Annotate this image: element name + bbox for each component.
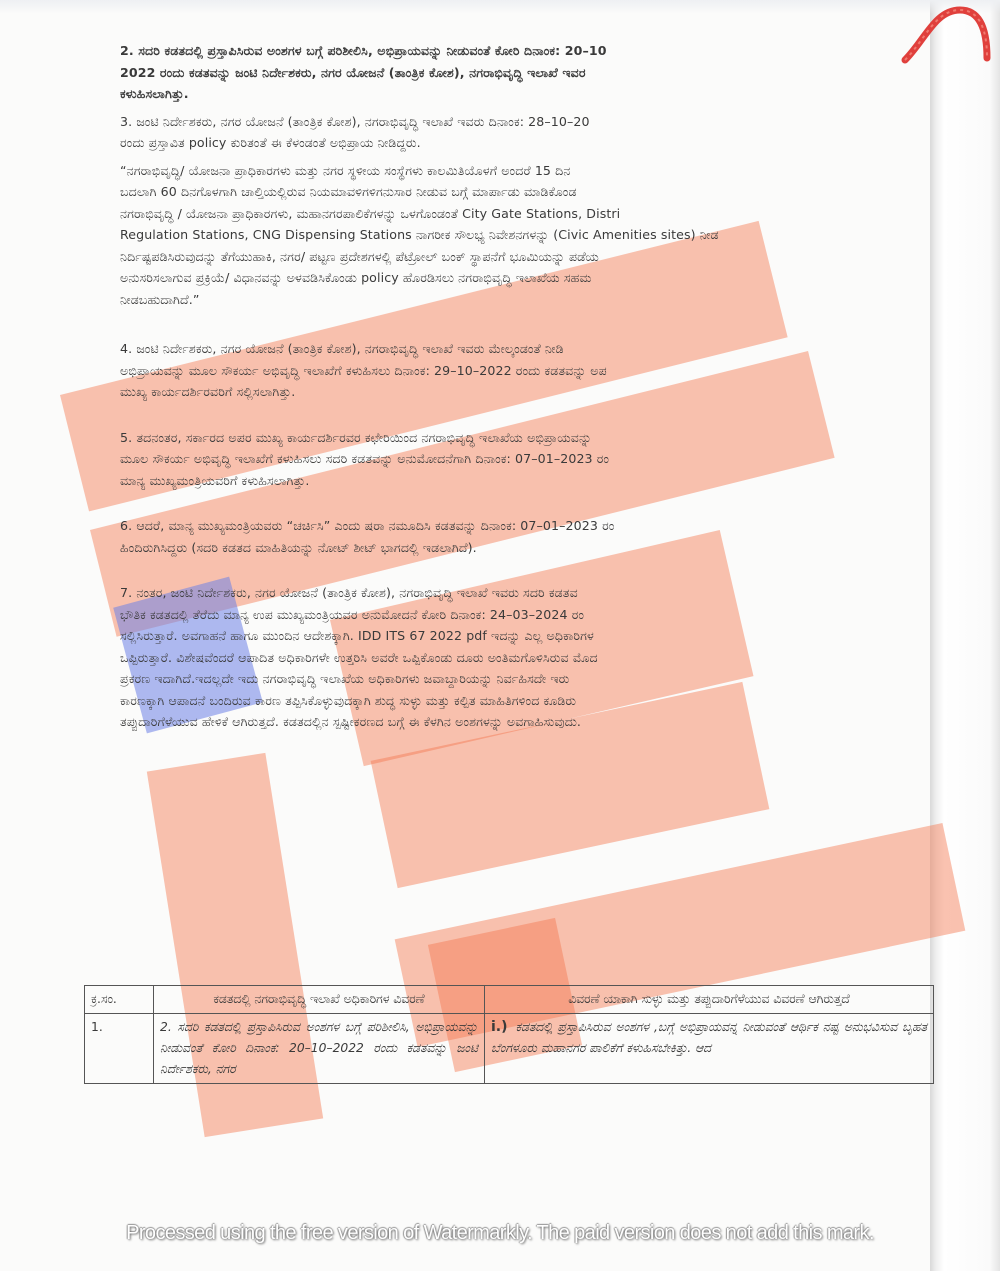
text-line: 5. ತದನಂತರ, ಸರ್ಕಾರದ ಅಪರ ಮುಖ್ಯ ಕಾರ್ಯದರ್ಶಿರ… (120, 427, 940, 449)
text-line: ತಪ್ಪುದಾರಿಗೆಳೆಯುವ ಹೇಳಿಕೆ ಆಗಿರುತ್ತದೆ. ಕಡತದ… (120, 711, 940, 733)
text-line: ಒಪ್ಪಿರುತ್ತಾರೆ. ವಿಶೇಷವೆಂದರೆ ಆಪಾದಿತ ಅಧಿಕಾರ… (120, 647, 940, 669)
watermark-text: Processed using the free version of Wate… (0, 1222, 1000, 1245)
paragraph-7: 7. ನಂತರ, ಜಂಟಿ ನಿರ್ದೇಶಕರು, ನಗರ ಯೋಜನೆ (ತಾಂ… (120, 582, 940, 733)
document-body: 2. ಸದರಿ ಕಡತದಲ್ಲಿ ಪ್ರಸ್ತಾಪಿಸಿರುವ ಅಂಶಗಳ ಬಗ… (120, 40, 940, 735)
explanation-table: ಕ್ರ.ಸಂ. ಕಡತದಲ್ಲಿ ನಗರಾಭಿವೃದ್ಧಿ ಇಲಾಖೆ ಅಧಿಕ… (84, 985, 934, 1084)
table-header-row: ಕ್ರ.ಸಂ. ಕಡತದಲ್ಲಿ ನಗರಾಭಿವೃದ್ಧಿ ಇಲಾಖೆ ಅಧಿಕ… (85, 986, 934, 1014)
text-line: ಕಳುಹಿಸಲಾಗಿತ್ತು. (120, 83, 940, 105)
text-line: 2. ಸದರಿ ಕಡತದಲ್ಲಿ ಪ್ರಸ್ತಾಪಿಸಿರುವ ಅಂಶಗಳ ಬಗ… (120, 40, 940, 62)
text-line: Regulation Stations, CNG Dispensing Stat… (120, 224, 940, 246)
header-officials-explanation: ಕಡತದಲ್ಲಿ ನಗರಾಭಿವೃದ್ಧಿ ಇಲಾಖೆ ಅಧಿಕಾರಿಗಳ ವಿ… (154, 986, 485, 1014)
paragraph-5: 5. ತದನಂತರ, ಸರ್ಕಾರದ ಅಪರ ಮುಖ್ಯ ಕಾರ್ಯದರ್ಶಿರ… (120, 427, 940, 492)
text-line: ರಂದು ಪ್ರಸ್ತಾವಿತ policy ಕುರಿತಂತೆ ಈ ಕೆಳಂಡಂ… (120, 132, 940, 154)
paragraph-3-quote: “ನಗರಾಭಿವೃದ್ಧಿ/ ಯೋಜನಾ ಪ್ರಾಧಿಕಾರಗಳು ಮತ್ತು … (120, 160, 940, 311)
cell-sl-no: 1. (85, 1014, 154, 1084)
text-line: ನೀಡಬಹುದಾಗಿದೆ.” (120, 289, 940, 311)
text-line: 4. ಜಂಟಿ ನಿರ್ದೇಶಕರು, ನಗರ ಯೋಜನೆ (ತಾಂತ್ರಿಕ … (120, 338, 940, 360)
text-line: ನಿರ್ದಿಷ್ಟಪಡಿಸಿರುವುದನ್ನು ತೆಗೆಯುಹಾಕಿ, ನಗರ/… (120, 246, 940, 268)
bookmark-string-icon (895, 0, 1000, 80)
text-line: 3. ಜಂಟಿ ನಿರ್ದೇಶಕರು, ನಗರ ಯೋಜನೆ (ತಾಂತ್ರಿಕ … (120, 111, 940, 133)
text-line: “ನಗರಾಭಿವೃದ್ಧಿ/ ಯೋಜನಾ ಪ್ರಾಧಿಕಾರಗಳು ಮತ್ತು … (120, 160, 940, 182)
text-line: ಅಭಿಪ್ರಾಯವನ್ನು ಮೂಲ ಸೌಕರ್ಯ ಅಭಿವೃದ್ಧಿ ಇಲಾಖೆ… (120, 360, 940, 382)
paragraph-3: 3. ಜಂಟಿ ನಿರ್ದೇಶಕರು, ನಗರ ಯೋಜನೆ (ತಾಂತ್ರಿಕ … (120, 111, 940, 154)
cell-why-false: i.)ಕಡತದಲ್ಲಿ ಪ್ರಸ್ತಾಪಿಸಿರುವ ಅಂಶಗಳ ,ಬಗ್ಗೆ … (485, 1014, 934, 1084)
paragraph-6: 6. ಆದರೆ, ಮಾನ್ಯ ಮುಖ್ಯಮಂತ್ರಿಯವರು “ಚರ್ಚಿಸಿ”… (120, 515, 940, 558)
text-line: 6. ಆದರೆ, ಮಾನ್ಯ ಮುಖ್ಯಮಂತ್ರಿಯವರು “ಚರ್ಚಿಸಿ”… (120, 515, 940, 537)
why-false-text: ಕಡತದಲ್ಲಿ ಪ್ರಸ್ತಾಪಿಸಿರುವ ಅಂಶಗಳ ,ಬಗ್ಗೆ ಅಭಿ… (491, 1020, 927, 1055)
text-line: ಮಾನ್ಯ ಮುಖ್ಯಮಂತ್ರಿಯವರಿಗೆ ಕಳುಹಿಸಲಾಗಿತ್ತು. (120, 470, 940, 492)
paragraph-4: 4. ಜಂಟಿ ನಿರ್ದೇಶಕರು, ನಗರ ಯೋಜನೆ (ತಾಂತ್ರಿಕ … (120, 338, 940, 403)
header-sl-no: ಕ್ರ.ಸಂ. (85, 986, 154, 1014)
text-line: ಹಿಂದಿರುಗಿಸಿದ್ದರು (ಸದರಿ ಕಡತದ ಮಾಹಿತಿಯನ್ನು … (120, 537, 940, 559)
text-line: ಕಾರಣಕ್ಕಾಗಿ ಆಪಾದನೆ ಬಂದಿರುವ ಕಾರಣ ತಪ್ಪಿಸಿಕೊ… (120, 690, 940, 712)
point-label: i.) (491, 1019, 508, 1035)
paragraph-2: 2. ಸದರಿ ಕಡತದಲ್ಲಿ ಪ್ರಸ್ತಾಪಿಸಿರುವ ಅಂಶಗಳ ಬಗ… (120, 40, 940, 105)
text-line: 7. ನಂತರ, ಜಂಟಿ ನಿರ್ದೇಶಕರು, ನಗರ ಯೋಜನೆ (ತಾಂ… (120, 582, 940, 604)
scan-top-edge (0, 0, 1000, 14)
text-line: ಬದಲಾಗಿ 60 ದಿನಗೊಳಗಾಗಿ ಚಾಲ್ತಿಯಲ್ಲಿರುವ ನಿಯಮ… (120, 181, 940, 203)
page-edge-shadow (930, 0, 1000, 1271)
table-row: 1. 2. ಸದರಿ ಕಡತದಲ್ಲಿ ಪ್ರಸ್ತಾಪಿಸಿರುವ ಅಂಶಗಳ… (85, 1014, 934, 1084)
text-line: ಪ್ರಕರಣ ಇದಾಗಿದೆ.ಇದಲ್ಲದೇ ಇದು ನಗರಾಭಿವೃದ್ಧಿ … (120, 668, 940, 690)
text-line: ಭೌತಿಕ ಕಡತದಲ್ಲಿ ತೆರೆದು ಮಾನ್ಯ ಉಪ ಮುಖ್ಯಮಂತ್… (120, 604, 940, 626)
text-line: ಮುಖ್ಯ ಕಾರ್ಯದರ್ಶಿರವರಿಗೆ ಸಲ್ಲಿಸಲಾಗಿತ್ತು. (120, 381, 940, 403)
text-line: 2022 ರಂದು ಕಡತವನ್ನು ಜಂಟಿ ನಿರ್ದೇಶಕರು, ನಗರ … (120, 62, 940, 84)
text-line: ಸಲ್ಲಿಸಿರುತ್ತಾರೆ. ಅವಗಾಹನೆ ಹಾಗೂ ಮುಂದಿನ ಆದೇ… (120, 625, 940, 647)
text-line: ಮೂಲ ಸೌಕರ್ಯ ಅಭಿವೃದ್ಧಿ ಇಲಾಖೆಗೆ ಕಳುಹಿಸಲು ಸದ… (120, 448, 940, 470)
text-line: ಅನುಸರಿಸಲಾಗುವ ಪ್ರಕ್ರಿಯೆ/ ವಿಧಾನವನ್ನು ಅಳವಡಿ… (120, 267, 940, 289)
text-line: ನಗರಾಭಿವೃದ್ಧಿ / ಯೋಜನಾ ಪ್ರಾಧಿಕಾರಗಳು, ಮಹಾನಗ… (120, 203, 940, 225)
header-why-false: ವಿವರಣೆ ಯಾಕಾಗಿ ಸುಳ್ಳು ಮತ್ತು ತಪ್ಪುದಾರಿಗೆಳೆ… (485, 986, 934, 1014)
cell-officials-explanation: 2. ಸದರಿ ಕಡತದಲ್ಲಿ ಪ್ರಸ್ತಾಪಿಸಿರುವ ಅಂಶಗಳ ಬಗ… (154, 1014, 485, 1084)
